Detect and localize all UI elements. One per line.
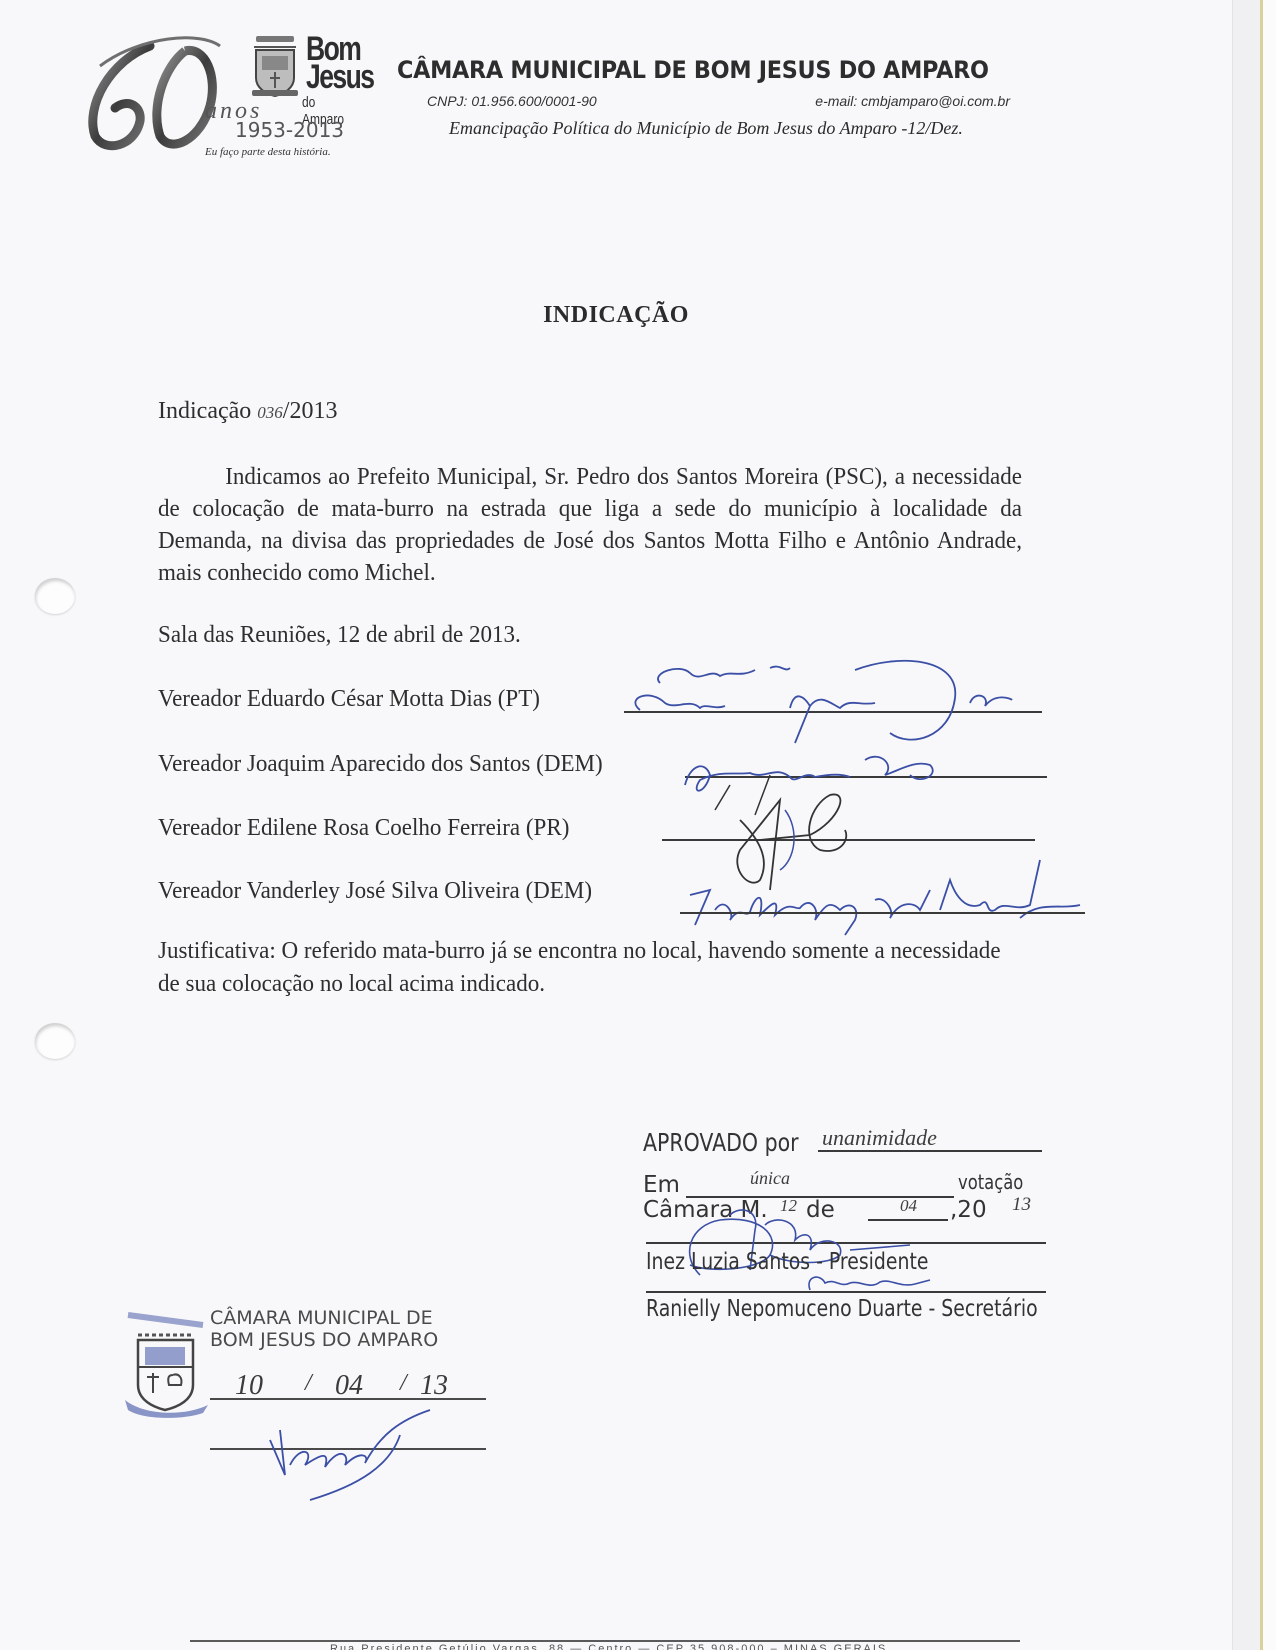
document-title: INDICAÇÃO xyxy=(0,302,1232,329)
reception-day: 10 xyxy=(235,1370,263,1402)
indication-number: Indicação 036/2013 xyxy=(158,398,337,425)
punch-hole xyxy=(35,578,75,614)
approved-by-label: APROVADO por xyxy=(643,1128,799,1157)
signature-secretary xyxy=(800,1268,940,1298)
signature-reception xyxy=(250,1405,450,1505)
reception-stamp-line2: BOM JESUS DO AMPARO xyxy=(210,1329,438,1351)
institution-email: e-mail: cmbjamparo@oi.com.br xyxy=(815,93,1010,109)
em-value: única xyxy=(750,1168,790,1189)
municipal-crest-icon xyxy=(248,34,302,98)
scan-background xyxy=(1263,0,1276,1650)
logo-years-text: 1953-2013 xyxy=(235,118,344,142)
sixty-years-emblem-icon xyxy=(80,26,250,156)
reception-stamp-line1: CÂMARA MUNICIPAL DE xyxy=(210,1307,433,1329)
signature-eduardo xyxy=(620,648,1040,748)
signature-vanderley xyxy=(680,840,1090,930)
signatory-label: Vereador Joaquim Aparecido dos Santos (D… xyxy=(158,751,603,778)
footer-divider xyxy=(190,1640,1020,1642)
approved-by-value: unanimidade xyxy=(822,1125,937,1151)
indication-body-text: Indicamos ao Prefeito Municipal, Sr. Ped… xyxy=(158,464,1022,586)
institution-name: CÂMARA MUNICIPAL DE BOM JESUS DO AMPARO xyxy=(397,56,989,84)
indication-number-handwritten: 036 xyxy=(257,403,283,422)
reception-stamp-crest-icon xyxy=(123,1305,213,1420)
logo-tagline: Eu faço parte desta história. xyxy=(205,146,331,158)
signatory-label: Vereador Edilene Rosa Coelho Ferreira (P… xyxy=(158,815,569,842)
signatory-label: Vereador Vanderley José Silva Oliveira (… xyxy=(158,878,592,905)
indication-body: Indicamos ao Prefeito Municipal, Sr. Ped… xyxy=(158,461,1022,589)
punch-hole xyxy=(35,1023,75,1059)
votacao-label: votação xyxy=(958,1170,1023,1194)
indication-number-year: /2013 xyxy=(283,398,338,424)
indication-number-label: Indicação xyxy=(158,398,251,424)
reception-separator: / xyxy=(400,1370,407,1397)
place-date: Sala das Reuniões, 12 de abril de 2013. xyxy=(158,622,521,649)
document-page: Bom Jesus do Amparo anos 1953-2013 Eu fa… xyxy=(0,0,1232,1650)
reception-separator: / xyxy=(305,1370,312,1397)
signatory-label: Vereador Eduardo César Motta Dias (PT) xyxy=(158,686,540,713)
secretary-name: Ranielly Nepomuceno Duarte - Secretário xyxy=(646,1296,1038,1322)
logo-jesus-text: Jesus xyxy=(306,62,373,92)
reception-year: 13 xyxy=(420,1370,448,1402)
approved-by-line xyxy=(818,1150,1042,1152)
emancipation-note: Emancipação Política do Município de Bom… xyxy=(449,118,963,139)
year-value: 13 xyxy=(1012,1194,1031,1216)
institution-cnpj: CNPJ: 01.956.600/0001-90 xyxy=(427,93,597,109)
page-edge xyxy=(1232,0,1261,1650)
footer-address: Rua Presidente Getúlio Vargas, 88 — Cent… xyxy=(330,1643,887,1650)
anniversary-logo: Bom Jesus do Amparo anos 1953-2013 Eu fa… xyxy=(80,26,370,166)
justification: Justificativa: O referido mata-burro já … xyxy=(158,935,1022,1001)
year-prefix: ,20 xyxy=(950,1197,987,1223)
reception-month: 04 xyxy=(335,1370,363,1402)
